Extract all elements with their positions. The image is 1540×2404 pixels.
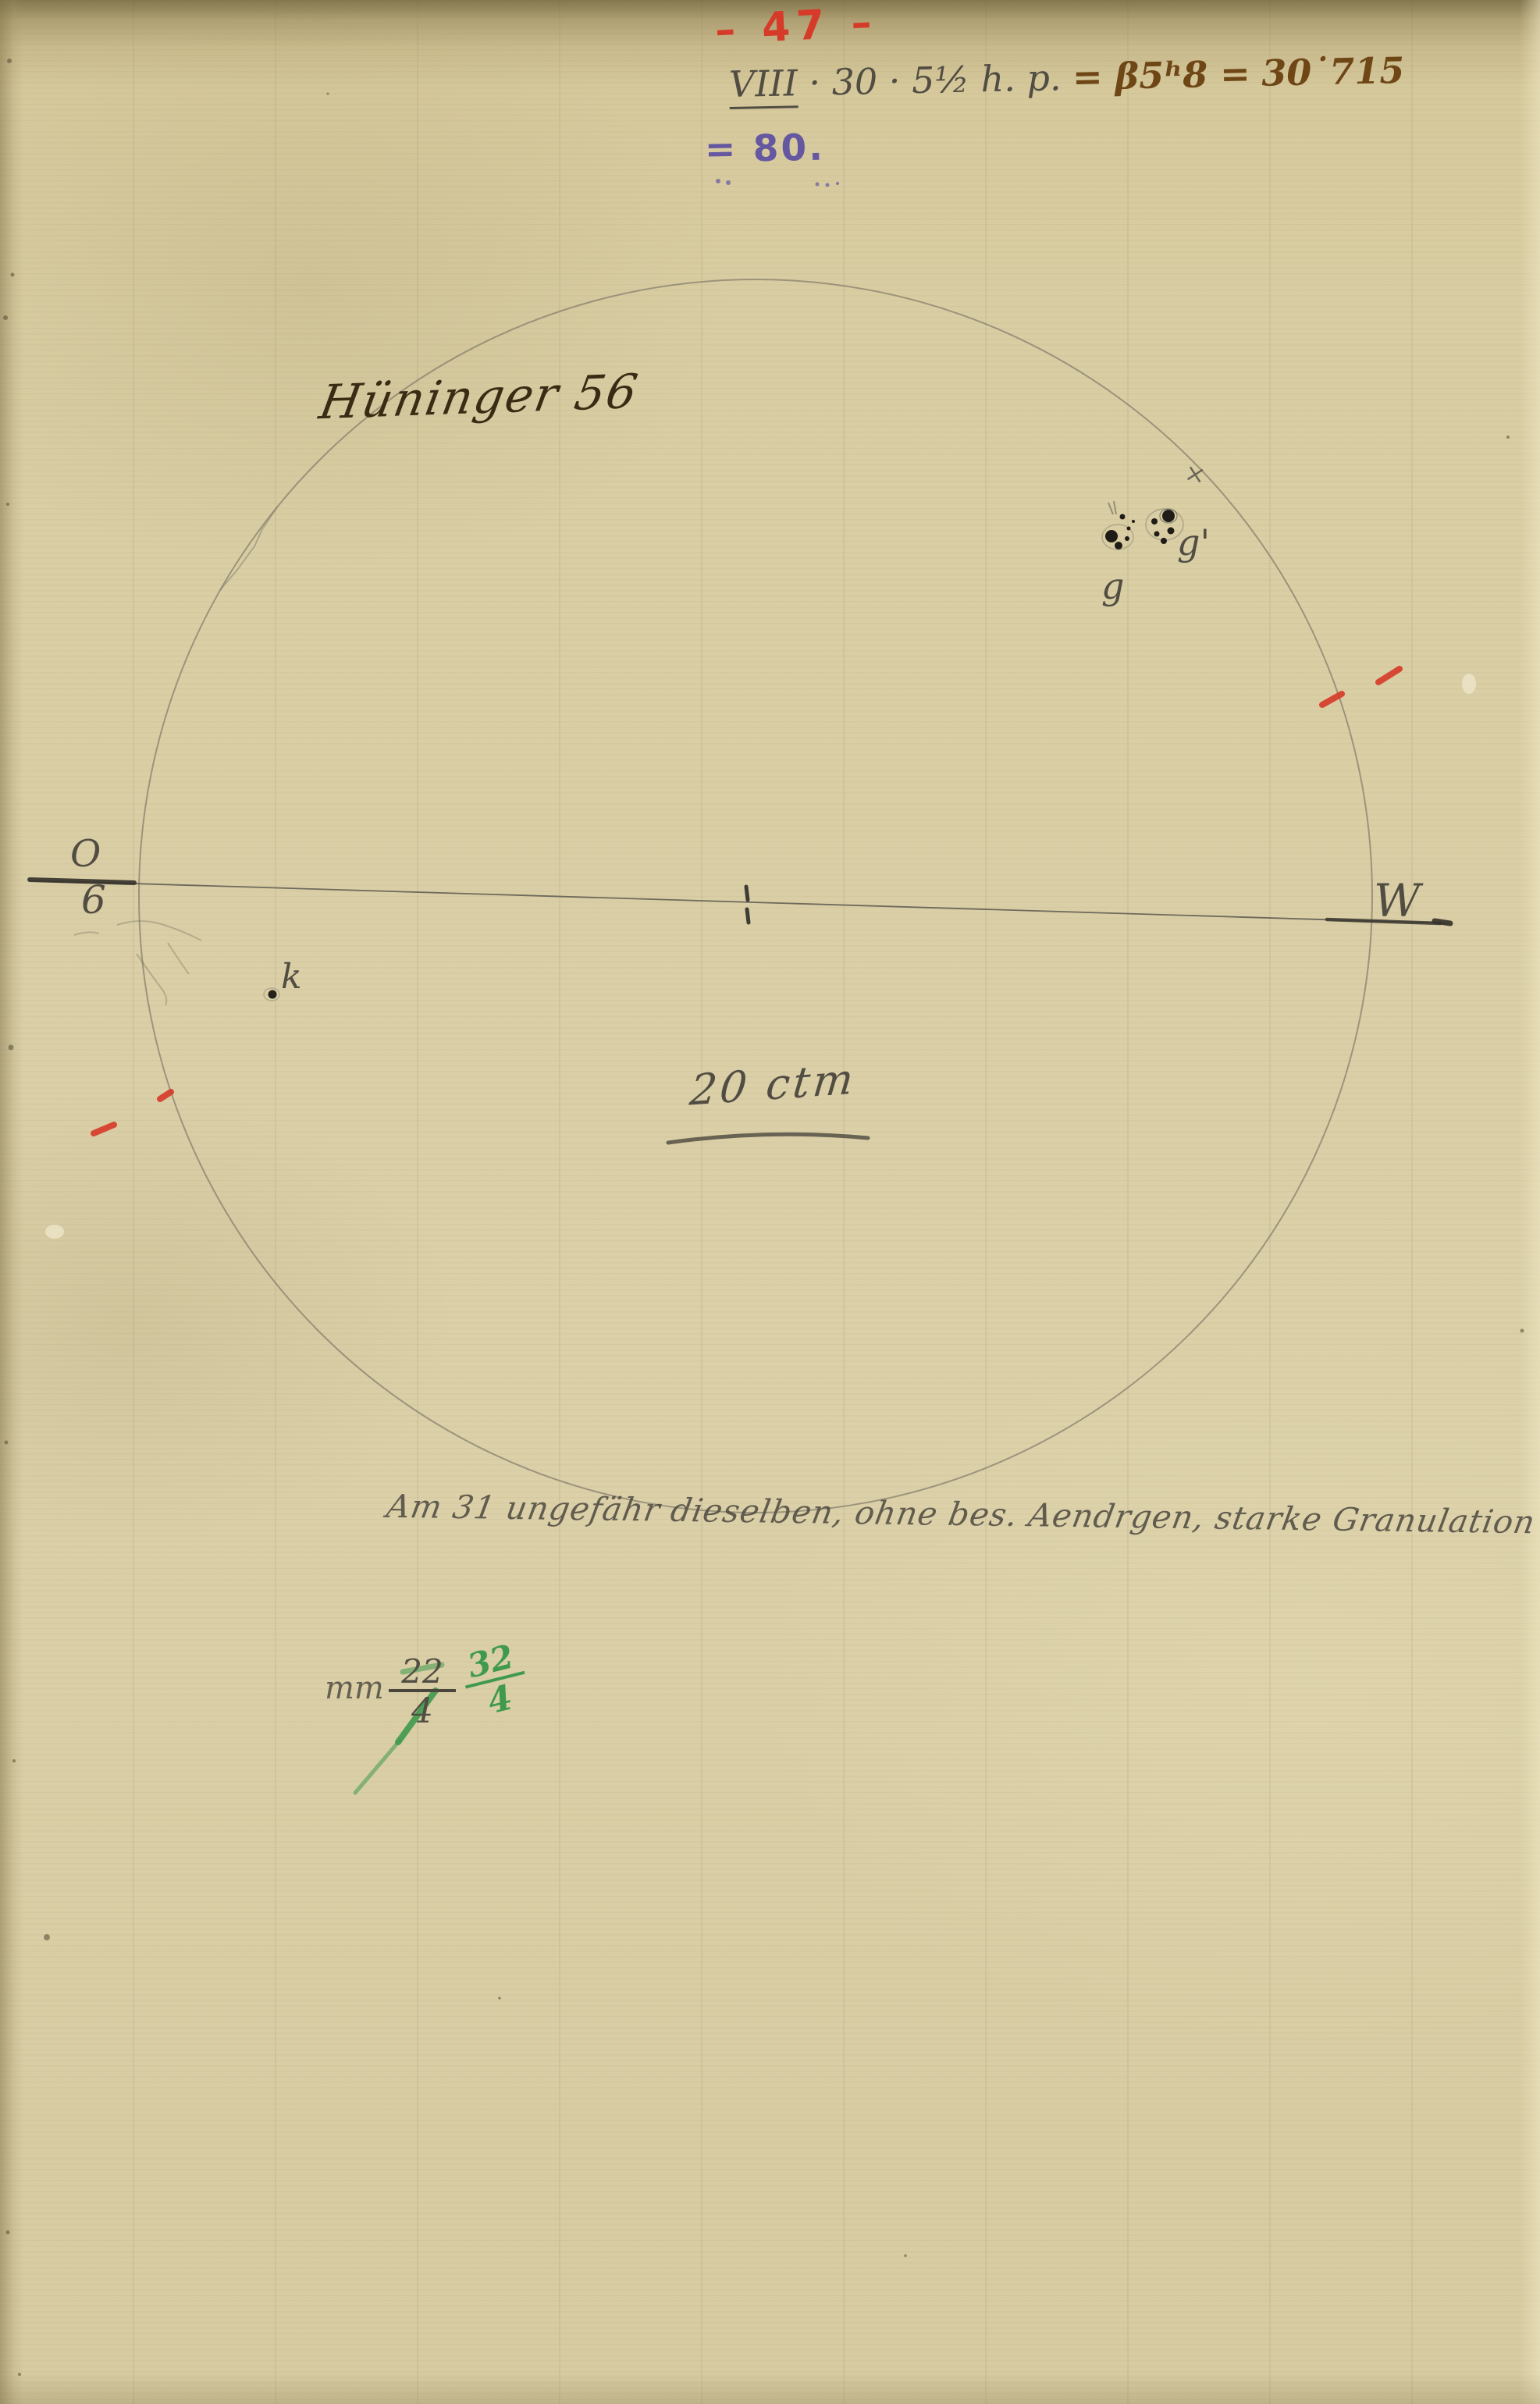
west-label: W (1374, 874, 1421, 927)
east-label: O (70, 832, 101, 876)
pencil-fraction-denominator: 4 (389, 1694, 456, 1730)
disk-outline-dent (220, 507, 277, 590)
sunspot-group-g (1102, 501, 1135, 549)
ink-formula: = β5ʰ8 = (1072, 52, 1250, 98)
aperture-underline (668, 1134, 868, 1143)
paper-light-chips (45, 674, 1476, 1239)
date-month-roman: VIII (729, 62, 798, 109)
spot-label-k: k (281, 957, 302, 997)
drawing-layer (0, 0, 1540, 2404)
ink-value: 30˙715 (1261, 49, 1405, 94)
pencil-scribbles (74, 921, 201, 1005)
east-sub-number: 6 (81, 877, 106, 923)
plate-number-purple: = 80. (705, 126, 826, 172)
station-title: Hüninger 56 (315, 365, 643, 431)
spot-group-label-g-prime: g' (1177, 521, 1210, 564)
page-number: – 47 – (714, 0, 879, 54)
sunspot-k (264, 988, 279, 1001)
pencil-fraction: 22 4 (389, 1656, 456, 1730)
measure-unit: mm (325, 1670, 384, 1706)
spot-group-label-g: g (1101, 565, 1124, 607)
purple-dot-traces (716, 179, 839, 187)
pencil-fraction-numerator: 22 (389, 1656, 456, 1687)
scanned-logbook-page: – 47 – VIII · 30 · 5½ h. p. = β5ʰ8 = 30˙… (0, 0, 1540, 2404)
center-tick-mark (746, 887, 749, 923)
paper-flecks (3, 59, 1524, 2376)
date-day-time: · 30 · 5½ h. p. (809, 56, 1062, 104)
equator-line (30, 880, 1450, 923)
